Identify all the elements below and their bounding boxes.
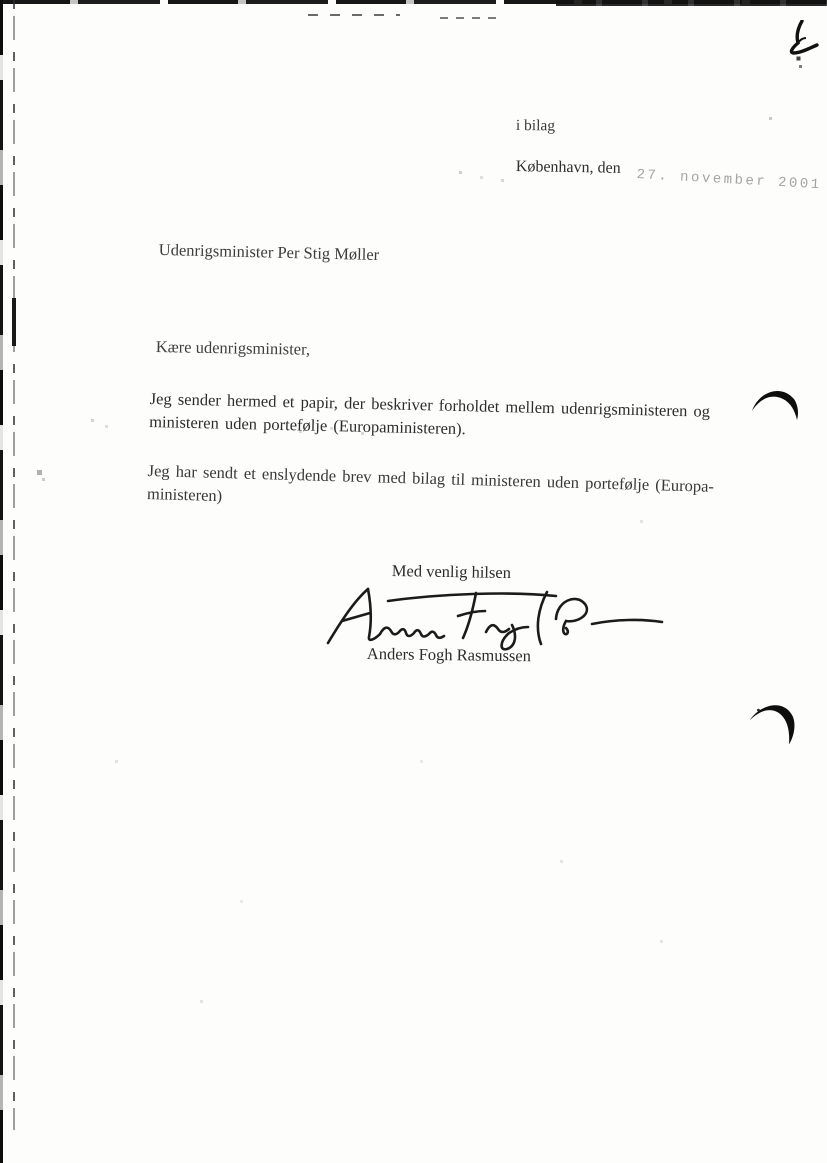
scan-top-dash-marks <box>308 14 400 16</box>
recipient-line: Udenrigsminister Per Stig Møller <box>159 240 380 265</box>
scan-top-edge-band <box>556 0 827 6</box>
body-paragraph-2: Jeg har sendt et enslydende brev med bil… <box>147 459 715 521</box>
scanned-letter-page: i bilag København, den 27. november 2001… <box>0 0 827 1163</box>
scan-top-dash-marks <box>440 17 502 19</box>
paper-speckles <box>0 0 1 1</box>
enclosure-note: i bilag <box>516 117 555 135</box>
scan-left-fold-line <box>13 0 15 1130</box>
scan-left-edge-line <box>0 0 3 1163</box>
salutation-line: Kære udenrigsminister, <box>156 337 311 360</box>
crescent-scan-artifact <box>743 695 802 750</box>
closing-phrase: Med venlig hilsen <box>392 561 511 583</box>
dateline-date-stamp: 27. november 2001 <box>636 167 822 193</box>
body-paragraph-1: Jeg sender hermed et papir, der beskrive… <box>149 387 710 446</box>
dateline-place: København, den <box>516 158 621 178</box>
signature-printed-name: Anders Fogh Rasmussen <box>367 644 531 666</box>
pen-mark-artifact <box>786 20 820 60</box>
crescent-scan-artifact <box>752 387 800 423</box>
scan-left-fold-line <box>12 298 16 346</box>
